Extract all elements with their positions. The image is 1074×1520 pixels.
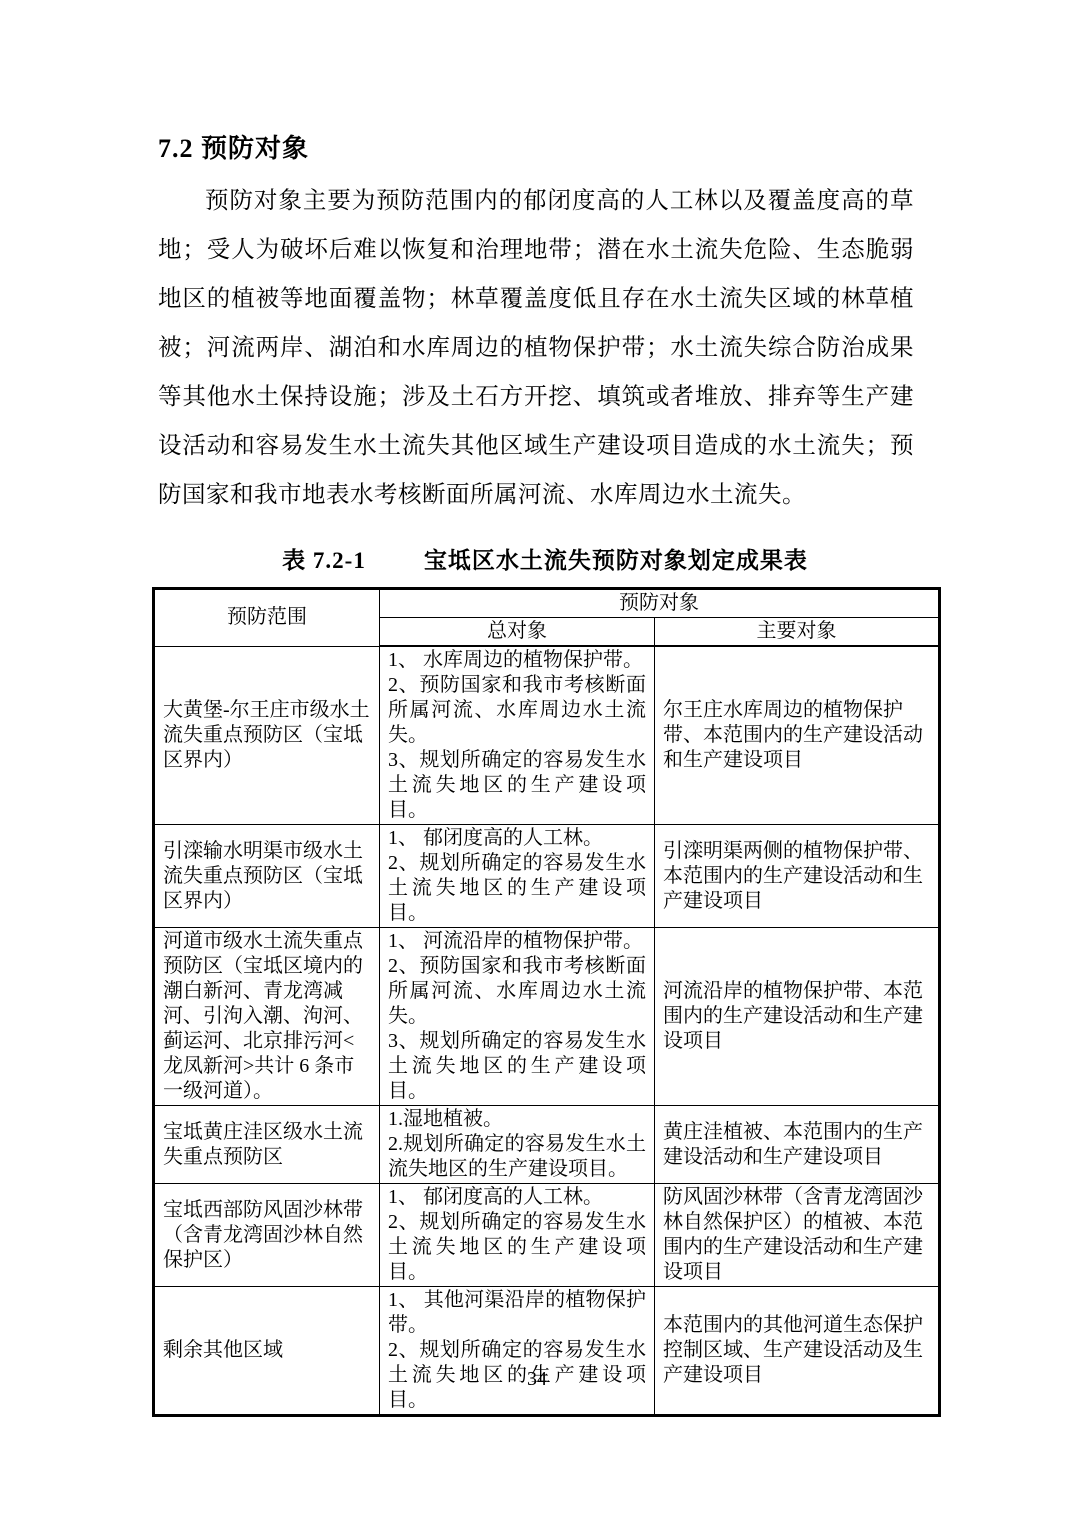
- total-cell: 1.湿地植被。 2.规划所确定的容易发生水土流失地区的生产建设项目。: [380, 1106, 655, 1184]
- total-cell: 1、 其他河渠沿岸的植物保护带。 2、规划所确定的容易发生水土流失地区的生产建设…: [380, 1287, 655, 1416]
- total-item: 1、 其他河渠沿岸的植物保护带。: [388, 1288, 646, 1338]
- main-cell: 河流沿岸的植物保护带、本范围内的生产建设活动和生产建设项目: [655, 928, 940, 1106]
- main-cell: 本范围内的其他河道生态保护控制区域、生产建设活动及生产建设项目: [655, 1287, 940, 1416]
- table-row: 宝坻西部防风固沙林带（含青龙湾固沙林自然保护区） 1、 郁闭度高的人工林。 2、…: [154, 1184, 940, 1287]
- document-page: 7.2 预防对象 预防对象主要为预防范围内的郁闭度高的人工林以及覆盖度高的草地；…: [0, 0, 1074, 1520]
- table-row: 剩余其他区域 1、 其他河渠沿岸的植物保护带。 2、规划所确定的容易发生水土流失…: [154, 1287, 940, 1416]
- total-item: 1、 郁闭度高的人工林。: [388, 1185, 646, 1210]
- main-cell: 黄庄洼植被、本范围内的生产建设活动和生产建设项目: [655, 1106, 940, 1184]
- table-caption-title: 宝坻区水土流失预防对象划定成果表: [424, 548, 808, 573]
- total-item: 1、 水库周边的植物保护带。: [388, 648, 646, 673]
- scope-cell: 大黄堡-尔王庄市级水土流失重点预防区（宝坻区界内）: [154, 646, 380, 825]
- main-cell: 尔王庄水库周边的植物保护带、本范围内的生产建设活动和生产建设项目: [655, 646, 940, 825]
- table-caption: 表 7.2-1宝坻区水土流失预防对象划定成果表: [152, 542, 938, 575]
- table-row: 大黄堡-尔王庄市级水土流失重点预防区（宝坻区界内） 1、 水库周边的植物保护带。…: [154, 646, 940, 825]
- total-item: 2、规划所确定的容易发生水土流失地区的生产建设项目。: [388, 851, 646, 926]
- table-row: 宝坻黄庄洼区级水土流失重点预防区 1.湿地植被。 2.规划所确定的容易发生水土流…: [154, 1106, 940, 1184]
- prevention-table: 预防范围 预防对象 总对象 主要对象 大黄堡-尔王庄市级水土流失重点预防区（宝坻…: [152, 587, 941, 1417]
- body-paragraph: 预防对象主要为预防范围内的郁闭度高的人工林以及覆盖度高的草地；受人为破坏后难以恢…: [158, 177, 914, 520]
- page-number: 34: [0, 1368, 1074, 1391]
- scope-cell: 宝坻西部防风固沙林带（含青龙湾固沙林自然保护区）: [154, 1184, 380, 1287]
- header-total-object: 总对象: [380, 618, 655, 647]
- total-item: 2、预防国家和我市考核断面所属河流、水库周边水土流失。: [388, 954, 646, 1029]
- total-cell: 1、 河流沿岸的植物保护带。 2、预防国家和我市考核断面所属河流、水库周边水土流…: [380, 928, 655, 1106]
- table-row: 引滦输水明渠市级水土流失重点预防区（宝坻区界内） 1、 郁闭度高的人工林。 2、…: [154, 825, 940, 928]
- total-cell: 1、 郁闭度高的人工林。 2、规划所确定的容易发生水土流失地区的生产建设项目。: [380, 1184, 655, 1287]
- total-item: 1、 河流沿岸的植物保护带。: [388, 929, 646, 954]
- total-item: 3、规划所确定的容易发生水土流失地区的生产建设项目。: [388, 748, 646, 823]
- table-row: 河道市级水土流失重点预防区（宝坻区境内的潮白新河、青龙湾减河、引泃入潮、泃河、蓟…: [154, 928, 940, 1106]
- main-cell: 防风固沙林带（含青龙湾固沙林自然保护区）的植被、本范围内的生产建设活动和生产建设…: [655, 1184, 940, 1287]
- total-cell: 1、 郁闭度高的人工林。 2、规划所确定的容易发生水土流失地区的生产建设项目。: [380, 825, 655, 928]
- total-item: 2、规划所确定的容易发生水土流失地区的生产建设项目。: [388, 1210, 646, 1285]
- total-item: 1、 郁闭度高的人工林。: [388, 826, 646, 851]
- main-cell: 引滦明渠两侧的植物保护带、本范围内的生产建设活动和生产建设项目: [655, 825, 940, 928]
- total-cell: 1、 水库周边的植物保护带。 2、预防国家和我市考核断面所属河流、水库周边水土流…: [380, 646, 655, 825]
- total-item: 2.规划所确定的容易发生水土流失地区的生产建设项目。: [388, 1132, 646, 1182]
- total-item: 2、预防国家和我市考核断面所属河流、水库周边水土流失。: [388, 673, 646, 748]
- scope-cell: 宝坻黄庄洼区级水土流失重点预防区: [154, 1106, 380, 1184]
- table-caption-label: 表 7.2-1: [282, 548, 366, 573]
- total-item: 1.湿地植被。: [388, 1107, 646, 1132]
- header-main-object: 主要对象: [655, 618, 940, 647]
- header-scope: 预防范围: [154, 589, 380, 647]
- header-object-group: 预防对象: [380, 589, 940, 618]
- total-item: 3、规划所确定的容易发生水土流失地区的生产建设项目。: [388, 1029, 646, 1104]
- scope-cell: 河道市级水土流失重点预防区（宝坻区境内的潮白新河、青龙湾减河、引泃入潮、泃河、蓟…: [154, 928, 380, 1106]
- section-heading: 7.2 预防对象: [158, 128, 938, 165]
- scope-cell: 引滦输水明渠市级水土流失重点预防区（宝坻区界内）: [154, 825, 380, 928]
- scope-cell: 剩余其他区域: [154, 1287, 380, 1416]
